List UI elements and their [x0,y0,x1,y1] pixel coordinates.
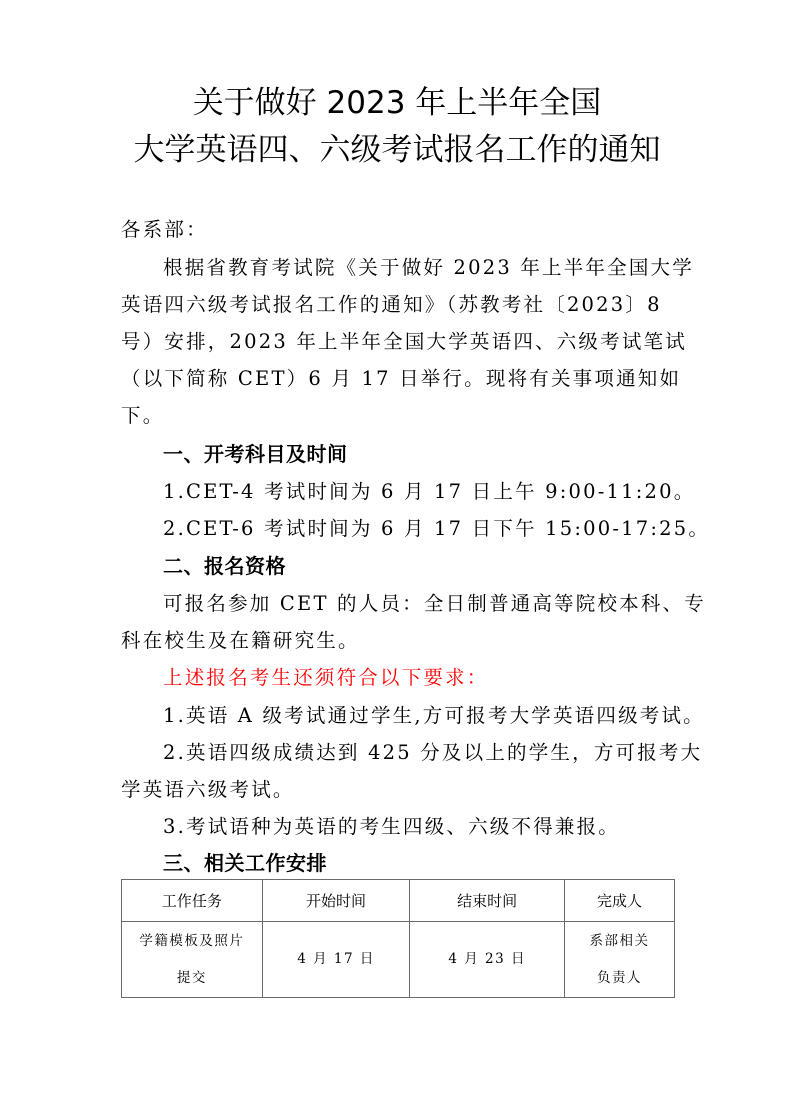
intro-line: （以下简称 CET）6 月 17 日举行。现将有关事项通知如 [121,366,681,392]
exam-time-item: 1.CET-4 考试时间为 6 月 17 日上午 9:00-11:20。 [163,479,695,505]
intro-line: 下。 [121,403,164,429]
intro-line: 号）安排，2023 年上半年全国大学英语四、六级考试笔试 [121,329,687,355]
table-header-row: 工作任务 开始时间 结束时间 完成人 [122,880,675,922]
table-cell-end: 4 月 23 日 [410,922,565,998]
requirement-item: 1.英语 A 级考试通过学生,方可报考大学英语四级考试。 [163,703,705,729]
exam-time-item: 2.CET-6 考试时间为 6 月 17 日下午 15:00-17:25。 [163,516,710,542]
section-heading-eligibility: 二、报名资格 [163,553,286,579]
table-row: 学籍模板及照片 提交 4 月 17 日 4 月 23 日 系部相关 负责人 [122,922,675,998]
document-title-line-1: 关于做好 2023 年上半年全国 [0,83,794,123]
table-cell-task: 学籍模板及照片 提交 [122,922,263,998]
work-arrangement-table: 工作任务 开始时间 结束时间 完成人 学籍模板及照片 提交 4 月 17 日 4… [121,879,675,998]
table-cell-start: 4 月 17 日 [262,922,410,998]
table-cell-owner: 系部相关 负责人 [564,922,674,998]
task-line: 学籍模板及照片 [122,923,262,960]
owner-line: 负责人 [565,960,674,997]
requirement-note: 上述报名考生还须符合以下要求： [163,665,489,691]
table-header-end: 结束时间 [410,880,565,922]
document-title-line-2: 大学英语四、六级考试报名工作的通知 [0,130,794,170]
requirement-item: 学英语六级考试。 [121,777,295,803]
intro-line: 英语四六级考试报名工作的通知》（苏教考社〔2023〕8 [121,292,662,318]
section-heading-work-arrangement: 三、相关工作安排 [163,850,327,876]
section-heading-exam-time: 一、开考科目及时间 [163,441,348,467]
requirement-item: 2.英语四级成绩达到 425 分及以上的学生，方可报考大 [163,740,702,766]
table-header-task: 工作任务 [122,880,263,922]
requirement-item: 3.考试语种为英语的考生四级、六级不得兼报。 [163,814,620,840]
eligibility-line: 科在校生及在籍研究生。 [121,628,360,654]
task-line: 提交 [122,960,262,997]
intro-line: 根据省教育考试院《关于做好 2023 年上半年全国大学 [163,255,694,281]
table-header-start: 开始时间 [262,880,410,922]
eligibility-line: 可报名参加 CET 的人员：全日制普通高等院校本科、专 [163,591,706,617]
owner-line: 系部相关 [565,923,674,960]
document-page: 关于做好 2023 年上半年全国 大学英语四、六级考试报名工作的通知 各系部： … [0,0,794,1108]
table-header-owner: 完成人 [564,880,674,922]
salutation: 各系部： [121,217,208,243]
